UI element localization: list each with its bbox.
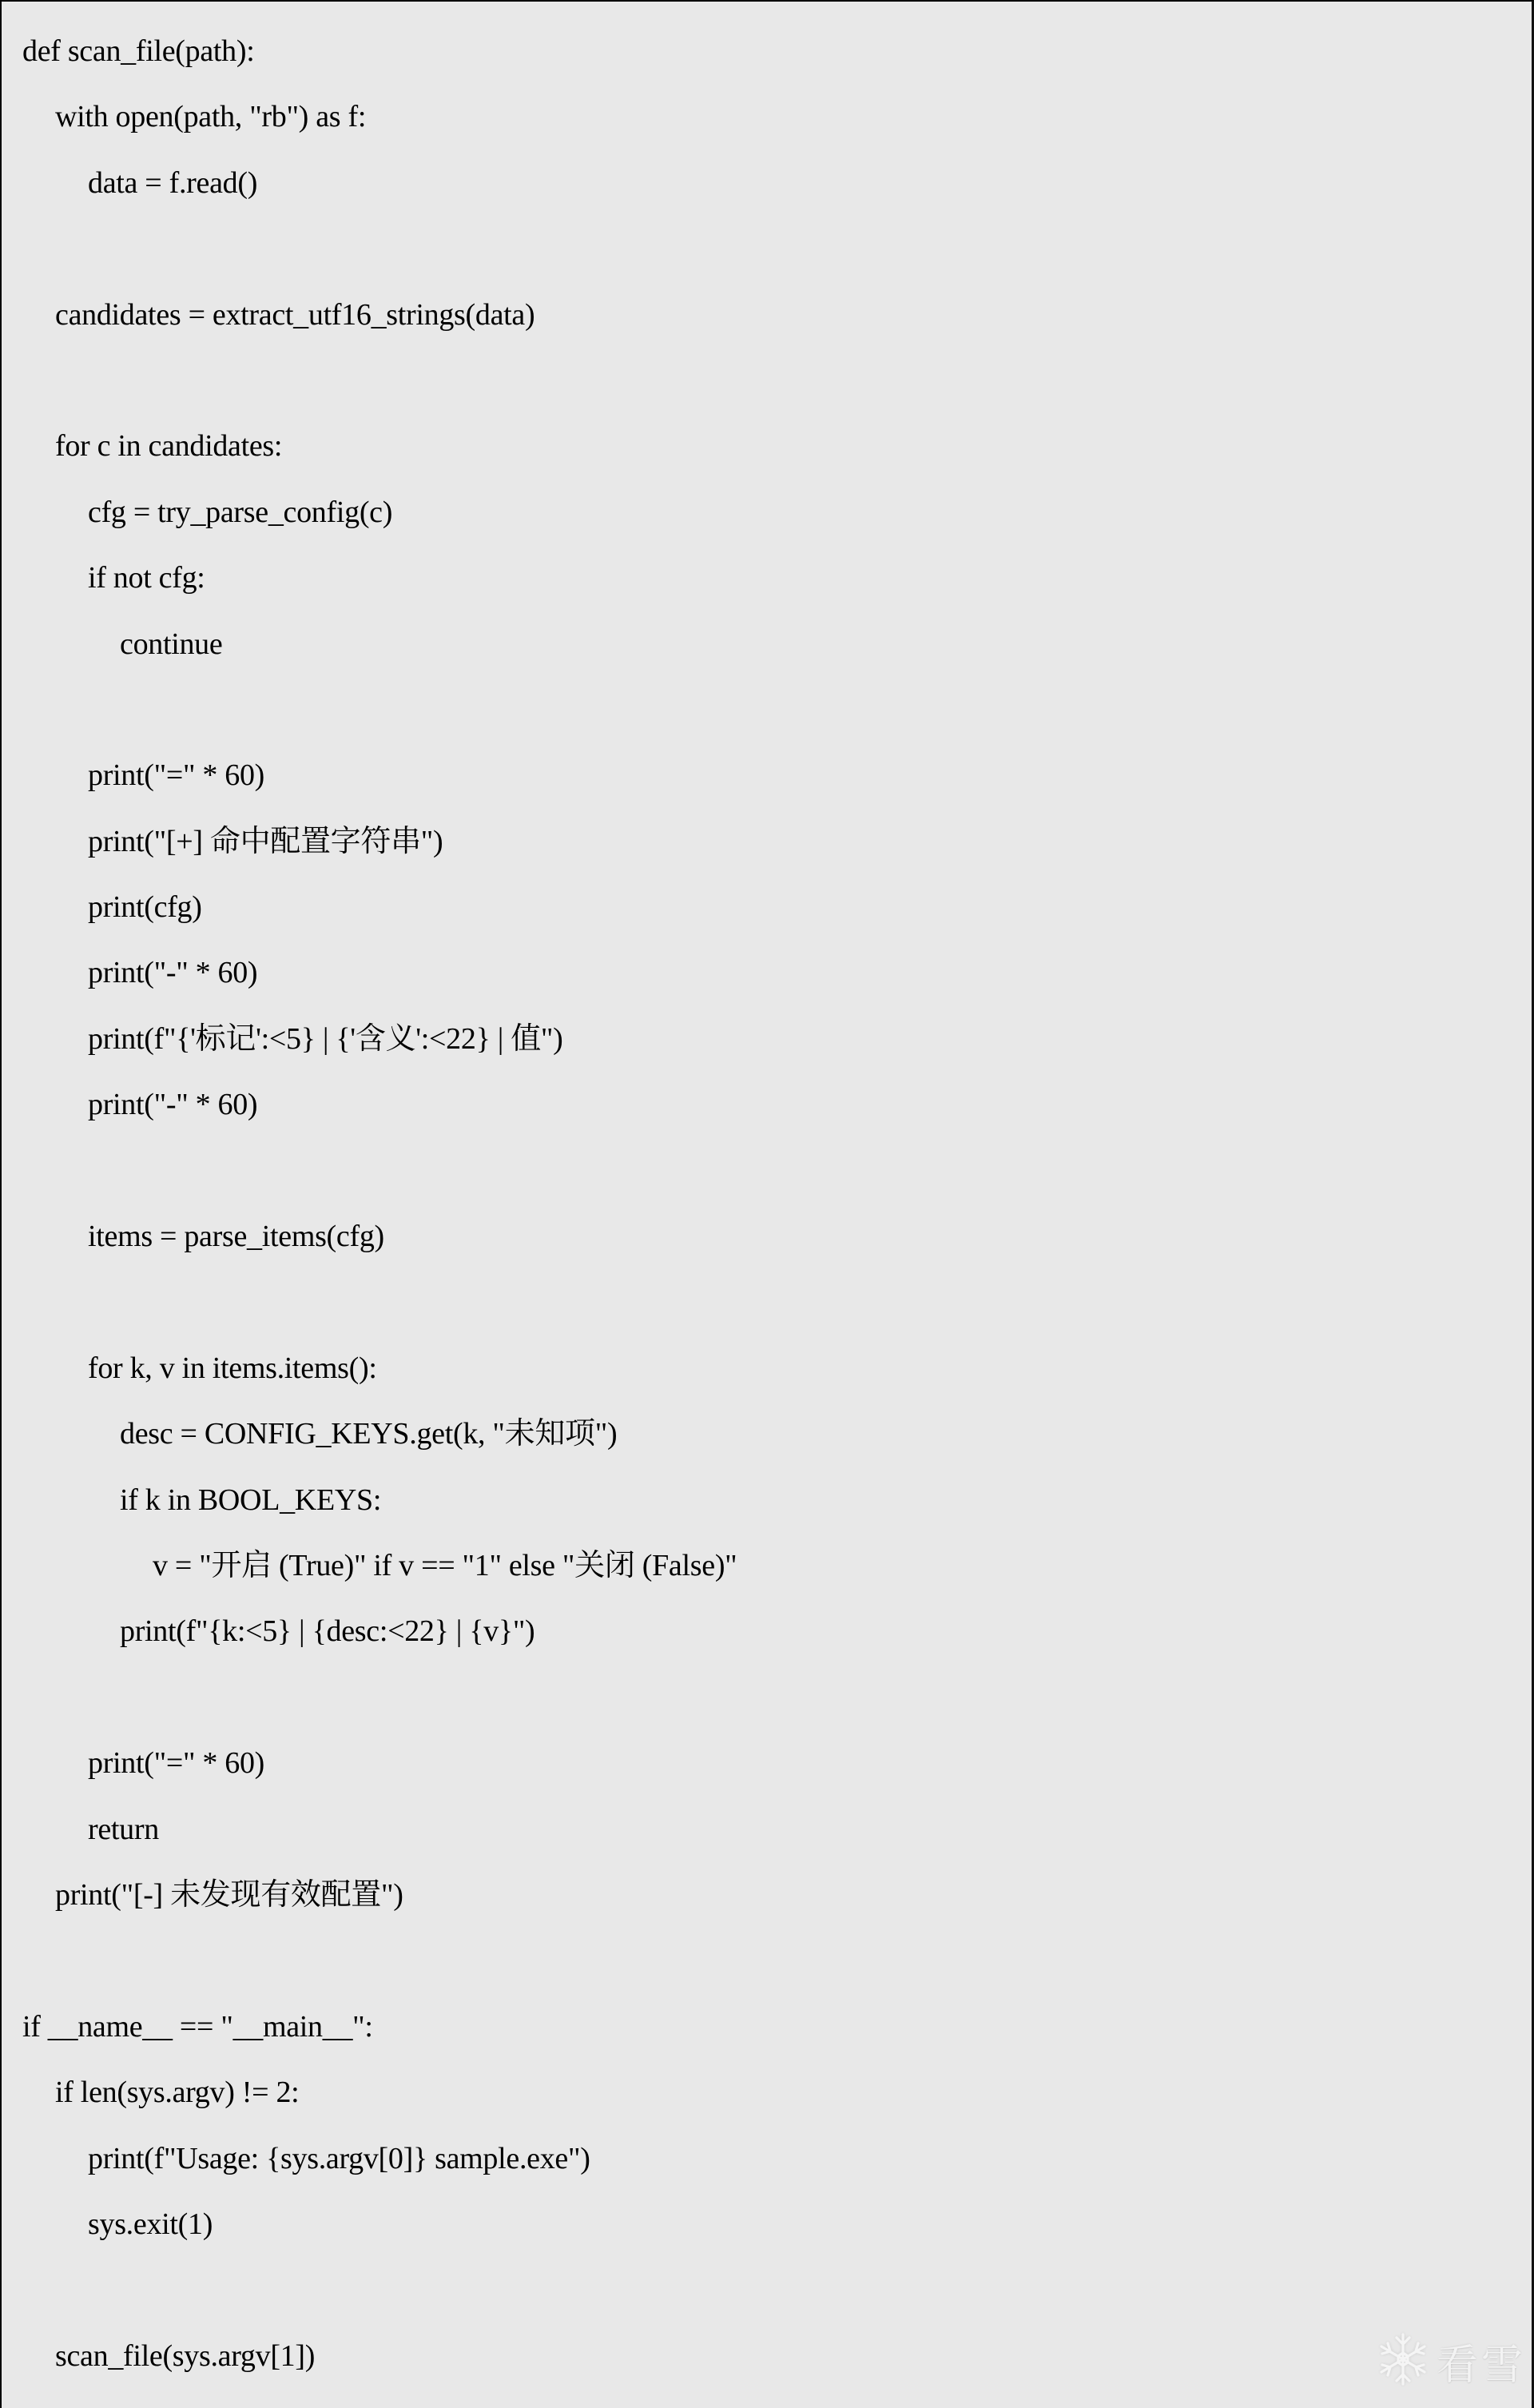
blank-line <box>2 1138 1520 1204</box>
code-line: for k, v in items.items(): <box>2 1335 1520 1401</box>
code-line: print("-" * 60) <box>2 1072 1520 1137</box>
code-line: with open(path, "rb") as f: <box>2 84 1520 149</box>
blank-line <box>2 216 1520 281</box>
code-line: print(cfg) <box>2 874 1520 940</box>
code-block: def scan_file(path): with open(path, "rb… <box>2 18 1520 2389</box>
code-line: def scan_file(path): <box>2 18 1520 84</box>
code-line: items = parse_items(cfg) <box>2 1204 1520 1269</box>
code-line: sys.exit(1) <box>2 2191 1520 2257</box>
code-line: print("=" * 60) <box>2 742 1520 808</box>
code-line: print(f"{k:<5} | {desc:<22} | {v}") <box>2 1598 1520 1664</box>
blank-line <box>2 348 1520 413</box>
watermark-text: 看雪 <box>1437 2331 1526 2391</box>
code-line: print(f"Usage: {sys.argv[0]} sample.exe"… <box>2 2126 1520 2191</box>
blank-line <box>2 1928 1520 1993</box>
snowflake-icon <box>1377 2331 1429 2391</box>
code-line: print("[-] 未发现有效配置") <box>2 1862 1520 1928</box>
code-line: if k in BOOL_KEYS: <box>2 1467 1520 1533</box>
code-screenshot-frame: def scan_file(path): with open(path, "rb… <box>0 0 1534 2408</box>
code-line: data = f.read() <box>2 150 1520 216</box>
code-line: for c in candidates: <box>2 413 1520 479</box>
blank-line <box>2 677 1520 742</box>
code-line: if len(sys.argv) != 2: <box>2 2060 1520 2125</box>
code-line: print(f"{'标记':<5} | {'含义':<22} | 值") <box>2 1006 1520 1072</box>
code-line: if not cfg: <box>2 545 1520 611</box>
blank-line <box>2 1665 1520 1730</box>
code-line: candidates = extract_utf16_strings(data) <box>2 282 1520 348</box>
code-line: continue <box>2 611 1520 677</box>
code-line: return <box>2 1797 1520 1862</box>
blank-line <box>2 2257 1520 2322</box>
code-line: scan_file(sys.argv[1]) <box>2 2323 1520 2389</box>
code-line: v = "开启 (True)" if v == "1" else "关闭 (Fa… <box>2 1533 1520 1598</box>
code-line: print("-" * 60) <box>2 940 1520 1005</box>
code-line: cfg = try_parse_config(c) <box>2 480 1520 545</box>
code-line: desc = CONFIG_KEYS.get(k, "未知项") <box>2 1401 1520 1467</box>
code-line: if __name__ == "__main__": <box>2 1994 1520 2060</box>
watermark: 看雪 <box>1377 2329 1526 2393</box>
code-line: print("=" * 60) <box>2 1730 1520 1796</box>
blank-line <box>2 1269 1520 1335</box>
code-line: print("[+] 命中配置字符串") <box>2 809 1520 874</box>
